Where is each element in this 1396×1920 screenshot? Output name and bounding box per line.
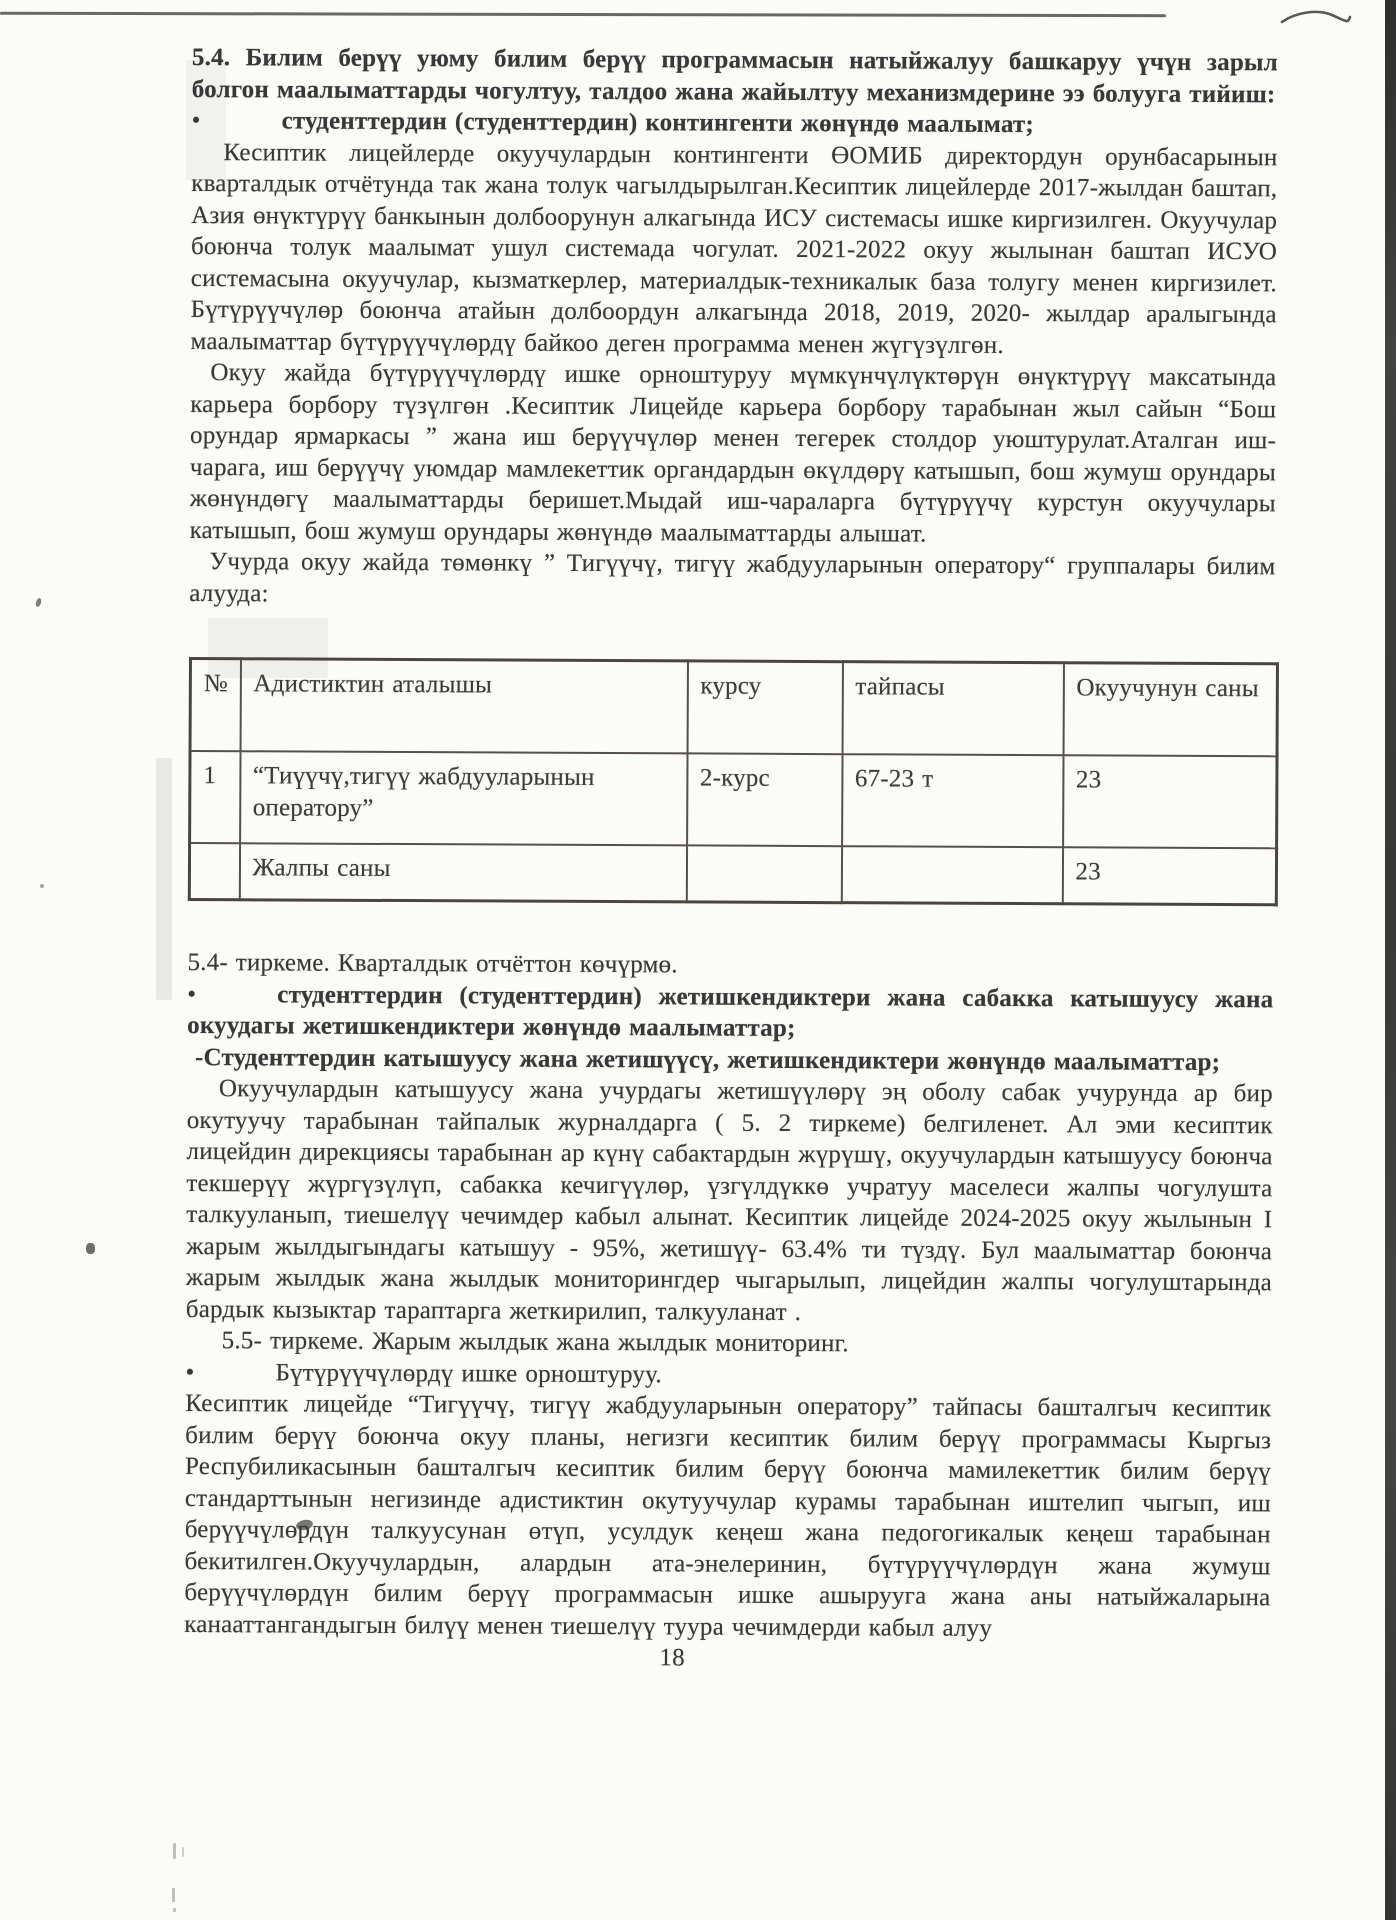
bullet-text: студенттердин (студенттердин) жетишкенди… <box>187 981 1273 1042</box>
paragraph-attendance-monitoring: Окуучулардын катышуусу жана учурдагы жет… <box>186 1073 1273 1330</box>
bullet-icon: • <box>187 978 277 1010</box>
cell-course <box>686 845 841 902</box>
table-row: 1 “Тиүүчү,тигүү жабдууларынын оператору”… <box>190 751 1277 848</box>
header-course: курсу <box>687 661 842 754</box>
scanned-document-page: 5.4. Билим берүү уюму билим берүү програ… <box>0 0 1396 1920</box>
ink-speck <box>86 1243 95 1254</box>
ink-speck <box>40 884 44 888</box>
header-group: тайпасы <box>842 662 1063 756</box>
cell-group: 67-23 т <box>842 754 1063 847</box>
paragraph-contingent-info: Кесиптик лицейлерде окуучулардын континг… <box>190 136 1277 362</box>
bullet-icon: • <box>185 1356 275 1388</box>
cell-total-count: 23 <box>1062 847 1276 905</box>
bullet-text: Бүтүрүүчүлөрдү ишке орноштуруу. <box>275 1359 661 1388</box>
scan-top-edge-line <box>0 12 1166 17</box>
pencil-mark <box>173 1908 176 1912</box>
document-body: 5.4. Билим берүү уюму билим берүү програ… <box>184 42 1278 1677</box>
ink-speck <box>35 597 43 607</box>
bullet-item-employment: •Бүтүрүүчүлөрдү ишке орноштуруу. <box>185 1356 1271 1393</box>
paragraph-current-groups: Учурда окуу жайда төмөнкү ” Тигүүчү, тиг… <box>189 546 1275 614</box>
bullet-item-contingent: •студенттердин (студенттердин) континген… <box>192 105 1278 142</box>
table-total-row: Жалпы саны 23 <box>189 843 1276 905</box>
cell-total-label: Жалпы саны <box>239 843 686 902</box>
pencil-mark <box>182 1847 184 1857</box>
table-header-row: № Адистиктин аталышы курсу тайпасы Окууч… <box>190 658 1277 756</box>
scan-streak <box>156 758 172 1000</box>
cell-student-count: 23 <box>1063 755 1277 848</box>
cell-specialty: “Тиүүчү,тигүү жабдууларынын оператору” <box>240 751 687 845</box>
scan-squiggle-mark <box>1280 6 1352 35</box>
bullet-item-achievements: •студенттердин (студенттердин) жетишкенд… <box>187 978 1273 1046</box>
pencil-mark <box>172 1888 175 1902</box>
header-specialty: Адистиктин аталышы <box>240 659 687 754</box>
bullet-text: студенттердин (студенттердин) контингент… <box>282 107 1034 138</box>
cell-group <box>841 846 1062 904</box>
bullet-icon: • <box>192 105 282 137</box>
annex-note-quarterly: 5.4- тиркеме. Кварталдык отчёттон көчүрм… <box>187 947 1273 984</box>
cell-number <box>189 843 239 900</box>
scan-right-edge-band <box>1385 0 1396 1920</box>
cell-course: 2-курс <box>687 753 842 846</box>
page-number: 18 <box>129 1640 1215 1677</box>
annex-note-monitoring: 5.5- тиркеме. Жарым жылдык жана жылдык м… <box>186 1325 1272 1362</box>
cell-number: 1 <box>190 751 240 843</box>
subheading-attendance: -Студенттердин катышуусу жана жетишүүсү,… <box>187 1041 1273 1078</box>
section-heading: 5.4. Билим берүү уюму билим берүү програ… <box>192 42 1278 110</box>
pencil-mark <box>173 1843 176 1859</box>
header-student-count: Окуучунун саны <box>1063 663 1277 757</box>
header-number: № <box>190 658 240 751</box>
groups-table: № Адистиктин аталышы курсу тайпасы Окууч… <box>188 657 1279 906</box>
paragraph-career-center: Окуу жайда бүтүрүүчүлөрдү ишке орноштуру… <box>190 357 1277 551</box>
paragraph-curriculum-approval: Кесиптик лицейде “Тигүүчү, тигүү жабдуул… <box>184 1388 1271 1645</box>
